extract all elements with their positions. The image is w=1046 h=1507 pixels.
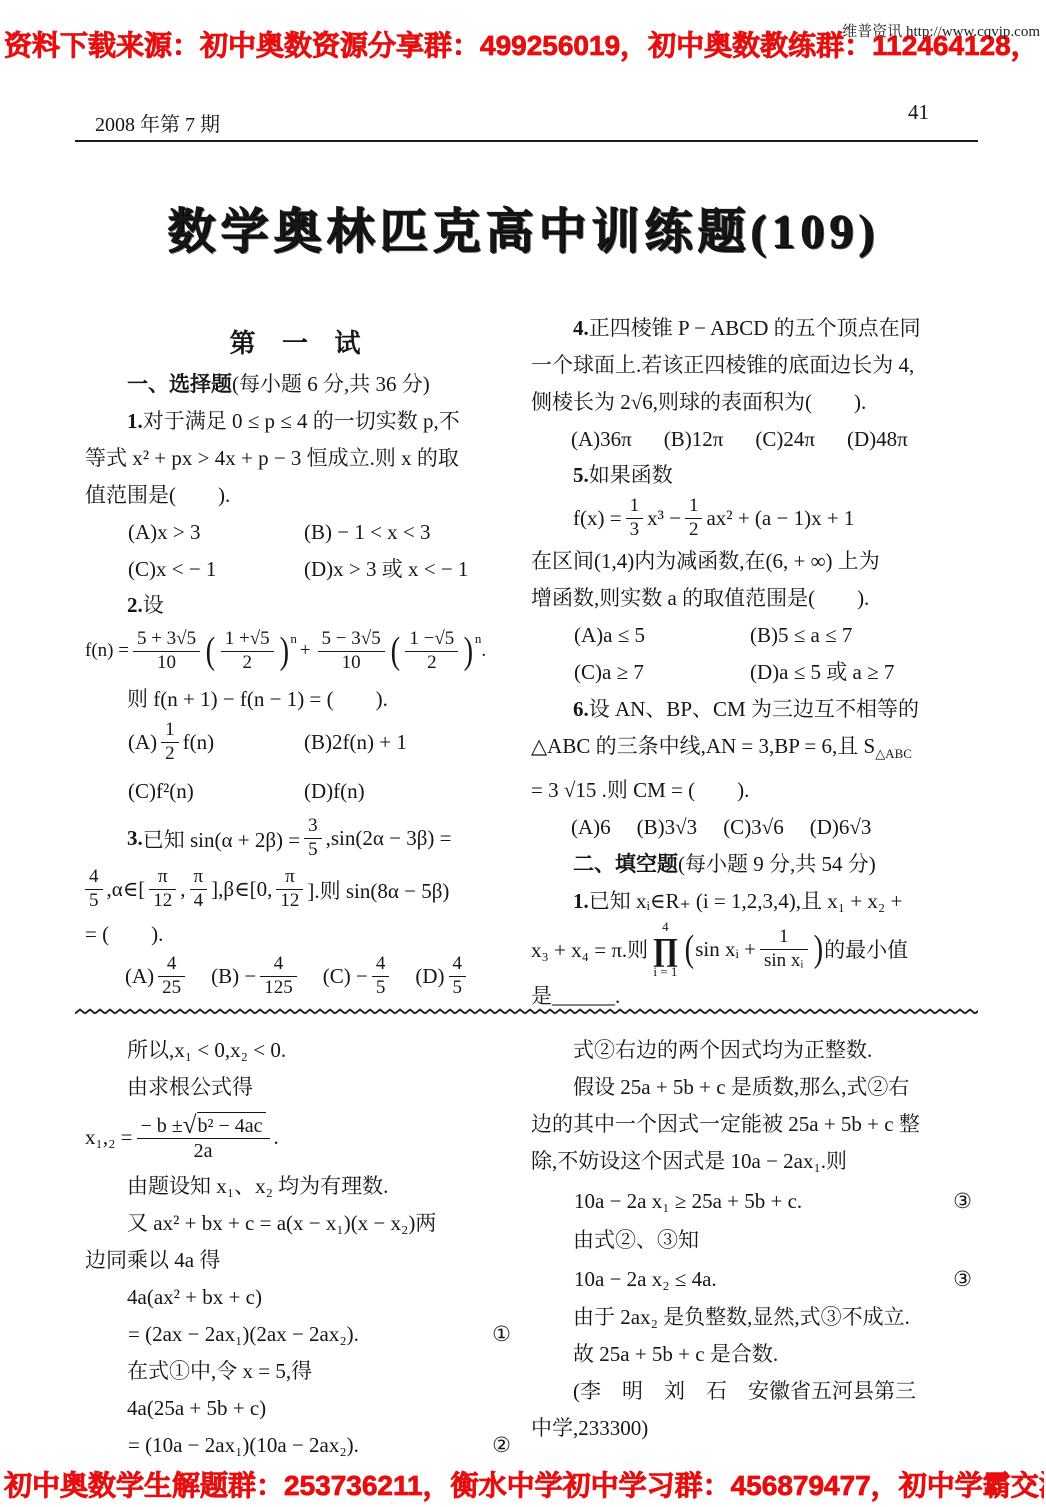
right-paren: ) (813, 930, 822, 968)
fraction-numerator: π (190, 866, 208, 889)
fraction-numerator: − b ± √b² − 4ac (137, 1112, 270, 1138)
fraction-numerator: 1 −√5 (405, 628, 458, 651)
fraction-numerator: 4 (85, 866, 103, 889)
solution-column-right: 式②右边的两个因式均为正整数. 假设 25a + 5b + c 是质数,那么,式… (531, 1032, 976, 1447)
problem6-option-c: (C)3√6 (723, 809, 784, 846)
fraction-denominator: 3 (626, 518, 644, 542)
fraction-denominator: 2 (685, 518, 703, 542)
fraction-numerator: 4 (260, 953, 297, 976)
problem2-lead: 2.设 (85, 588, 515, 622)
equation-mark-1: ① (492, 1316, 511, 1353)
fraction-denominator: 12 (276, 889, 303, 913)
problem4-option-c: (C)24π (755, 421, 815, 458)
left-paren: ( (390, 632, 399, 670)
qq-group-banner-bottom: 初中奥数学生解题群：253736211，衡水中学初中学习群：456879477，… (4, 1464, 1044, 1504)
solution-line-positive-integers: 式②右边的两个因式均为正整数. (531, 1032, 976, 1069)
fn-fraction-1: 5 + 3√510 (133, 628, 200, 675)
problem2-option-b: (B)2f(n) + 1 (304, 730, 407, 755)
fill1-text2a: x₃ + x₄ = π.则 (531, 934, 648, 964)
solution-eq2-lhs: 4a(25a + 5b + c) (85, 1390, 515, 1427)
fill1-line1: 1.已知 xᵢ∈R₊ (i = 1,2,3,4),且 x₁ + x₂ + (531, 883, 976, 920)
section-heading-test-one: 第 一 试 (85, 322, 515, 366)
problem6-text1: 设 AN、BP、CM 为三边互不相等的 (589, 697, 919, 721)
fill1-text2b: 的最小值 (824, 934, 908, 964)
solution-line-quadratic-formula-intro: 由求根公式得 (85, 1069, 515, 1106)
s-triangle-abc-subscript: △ABC (875, 746, 912, 761)
problem1-option-c: (C)x < − 1 (128, 551, 304, 588)
fraction-numerator: 1 (161, 719, 179, 742)
fraction-numerator: π (276, 866, 303, 889)
problem6-option-b: (B)3√3 (637, 809, 698, 846)
problem3-fraction-pi-12b: π12 (276, 866, 303, 913)
solution-line-composite: 故 25a + 5b + c 是合数. (531, 1336, 976, 1373)
problem5-option-b: (B)5 ≤ a ≤ 7 (750, 617, 852, 654)
problem1-text1: 对于满足 0 ≤ p ≤ 4 的一切实数 p,不 (143, 409, 460, 433)
problem3-option-d: (D)45 (415, 953, 470, 1000)
fill1-text1: 已知 xᵢ∈R₊ (i = 1,2,3,4),且 x₁ + x₂ + (589, 889, 903, 913)
solution-eq3: 10a − 2a x₁ ≥ 25a + 5b + c.③ (531, 1180, 976, 1222)
fraction-denominator: 25 (158, 976, 185, 1000)
problem3-number: 3. (127, 826, 143, 851)
problem4-text1: 正四棱锥 P − ABCD 的五个顶点在同 (589, 316, 921, 340)
product-symbol: 4∏i = 1 (652, 920, 678, 978)
quadratic-fraction: − b ± √b² − 4ac 2a (137, 1112, 270, 1163)
fx-mid1: x³ − (647, 506, 681, 531)
problem6-line3: = 3 √15 .则 CM = ( ). (531, 772, 976, 809)
numerator-prefix: − b ± (141, 1114, 183, 1138)
problem4-options: (A)36π(B)12π(C)24π(D)48π (531, 421, 976, 458)
problem6-text2: △ABC 的三条中线,AN = 3,BP = 6,且 S (531, 734, 875, 758)
radical-sign: √ (183, 1113, 197, 1138)
problem4-number: 4. (573, 316, 589, 340)
column-right: 4.正四棱锥 P − ABCD 的五个顶点在同 一个球面上.若该正四棱锥的底面边… (531, 310, 976, 1015)
page-number: 41 (908, 100, 929, 125)
option-a-fraction: 12 (161, 719, 179, 766)
choice-section-intro: 一、选择题(每小题 6 分,共 36 分) (85, 366, 515, 403)
radical: √b² − 4ac (183, 1112, 266, 1138)
problem2-option-c: (C)f²(n) (128, 768, 304, 814)
problem1-option-d: (D)x > 3 或 x < − 1 (304, 551, 468, 588)
solution-eq1-lhs: 4a(ax² + bx + c) (85, 1279, 515, 1316)
fraction-numerator: 1 (760, 926, 808, 949)
fx-fraction-1-2: 12 (685, 495, 703, 542)
period: . (481, 640, 486, 662)
problem5-options-cd: (C)a ≥ 7(D)a ≤ 5 或 a ≥ 7 (531, 654, 976, 691)
fraction-denominator: 10 (318, 651, 385, 675)
solution-eq1-rhs: = (2ax − 2ax₁)(2ax − 2ax₂). (128, 1316, 359, 1353)
problem4-option-b: (B)12π (664, 421, 724, 458)
problem5-option-d: (D)a ≤ 5 或 a ≥ 7 (750, 654, 894, 691)
fraction-numerator: 4 (372, 953, 390, 976)
problem5-line3: 在区间(1,4)内为减函数,在(6, + ∞) 上为 (531, 543, 976, 580)
problem3-option-b: (B) −4125 (211, 953, 301, 1000)
fraction-denominator: 2 (405, 651, 458, 675)
solution-line-from-eq23: 由式②、③知 (531, 1222, 976, 1259)
option-a-tail: f(n) (183, 730, 214, 755)
fraction-denominator: 12 (149, 889, 176, 913)
problem2-formula-fn: f(n) = 5 + 3√510 ( 1 +√52 ) n + 5 − 3√51… (85, 628, 515, 675)
choice-section-points: (每小题 6 分,共 36 分) (232, 372, 430, 396)
problem3-text1b: ,sin(2α − 3β) = (326, 826, 452, 851)
problem4-line3: 侧棱长为 2√6,则球的表面积为( ). (531, 384, 976, 421)
fx-lhs: f(x) = (573, 506, 622, 531)
column-left: 第 一 试 一、选择题(每小题 6 分,共 36 分) 1.对于满足 0 ≤ p… (85, 322, 515, 1002)
problem6-number: 6. (573, 697, 589, 721)
cqvip-watermark: 维普资讯 http://www.cqvip.com (842, 20, 1040, 41)
solution-column-left: 所以,x₁ < 0,x₂ < 0. 由求根公式得 x₁,₂ = − b ± √b… (85, 1032, 515, 1464)
fraction-numerator: 1 (626, 495, 644, 518)
problem2-options-ab: (A)12f(n) (B)2f(n) + 1 (85, 718, 515, 768)
problem3-text1a: 已知 sin(α + 2β) = (143, 824, 300, 854)
fraction-denominator: 4 (190, 889, 208, 913)
left-paren: ( (206, 632, 215, 670)
problem3-line2: 45 ,α∈[ π12 , π4 ],β∈[0, π12 ].则 sin(8α … (85, 864, 515, 916)
author-line2: 中学,233300) (531, 1410, 976, 1447)
x12-lhs: x₁,₂ = (85, 1125, 133, 1150)
solution-line-contradiction: 由于 2ax₂ 是负整数,显然,式③不成立. (531, 1299, 976, 1336)
problem2-option-d: (D)f(n) (304, 768, 365, 814)
fn-lhs: f(n) = (85, 640, 129, 662)
equation-mark-2: ② (492, 1427, 511, 1464)
problem5-option-c: (C)a ≥ 7 (574, 654, 750, 691)
problem4-line1: 4.正四棱锥 P − ABCD 的五个顶点在同 (531, 310, 976, 347)
option-b-fraction: 4125 (260, 953, 297, 1000)
problem3-line3: = ( ). (85, 916, 515, 952)
fill-section-points: (每小题 9 分,共 54 分) (678, 852, 876, 876)
problem3-fraction-pi-4: π4 (190, 866, 208, 913)
solution-line-wlog: 除,不妨设这个因式是 10a − 2ax₁.则 (531, 1143, 976, 1180)
right-paren: ) (464, 632, 473, 670)
wavy-divider (75, 1003, 978, 1012)
fill1-sin-term: sin xᵢ + (695, 937, 756, 962)
solution-eq2: = (10a − 2ax₁)(10a − 2ax₂).② (85, 1427, 515, 1464)
fraction-denominator: 2 (161, 742, 179, 766)
plus-sign: + (300, 640, 311, 662)
fill1-fraction: 1sin xᵢ (760, 926, 808, 973)
problem1-line1: 1.对于满足 0 ≤ p ≤ 4 的一切实数 p,不 (85, 403, 515, 440)
author-line1: (李 明 刘 石 安徽省五河县第三 (531, 1373, 976, 1410)
fraction-numerator: 4 (449, 953, 467, 976)
problem5-options-ab: (A)a ≤ 5(B)5 ≤ a ≤ 7 (531, 617, 976, 654)
problem6-options: (A)6(B)3√3(C)3√6(D)6√3 (531, 809, 976, 846)
option-a-label: (A) (125, 964, 154, 989)
fn-fraction-4: 1 −√52 (405, 628, 458, 675)
solution-line-roots-negative: 所以,x₁ < 0,x₂ < 0. (85, 1032, 515, 1069)
fraction-denominator: 2 (221, 651, 274, 675)
problem2-question: 则 f(n + 1) − f(n − 1) = ( ). (85, 681, 515, 718)
option-c-label: (C) − (323, 964, 368, 989)
problem6-line2: △ABC 的三条中线,AN = 3,BP = 6,且 S△ABC (531, 728, 976, 772)
problem3-line1: 3. 已知 sin(α + 2β) = 35 ,sin(2α − 3β) = (85, 814, 515, 864)
problem1-number: 1. (127, 409, 143, 433)
option-b-label: (B) − (211, 964, 256, 989)
problem4-option-d: (D)48π (847, 421, 908, 458)
problem1-line3: 值范围是( ). (85, 477, 515, 514)
solution-eq3b-body: 10a − 2a x₂ ≤ 4a. (574, 1259, 717, 1299)
period: . (274, 1125, 279, 1150)
problem4-line2: 一个球面上.若该正四棱锥的底面边长为 4, (531, 347, 976, 384)
fill1-number: 1. (573, 889, 589, 913)
problem3-options: (A)425 (B) −4125 (C) −45 (D)45 (85, 952, 515, 1002)
problem3-option-a: (A)425 (125, 953, 189, 1000)
product-operator: ∏ (652, 933, 678, 965)
problem2-number: 2. (127, 593, 143, 617)
solution-eq1: = (2ax − 2ax₁)(2ax − 2ax₂).① (85, 1316, 515, 1353)
fraction-denominator: 5 (85, 889, 103, 913)
fraction-denominator: 125 (260, 976, 297, 1000)
solution-eq3-body: 10a − 2a x₁ ≥ 25a + 5b + c. (574, 1180, 802, 1222)
problem2-options-cd: (C)f²(n)(D)f(n) (85, 768, 515, 814)
problem1-options-cd: (C)x < − 1(D)x > 3 或 x < − 1 (85, 551, 515, 588)
fn-fraction-3: 5 − 3√510 (318, 628, 385, 675)
journal-issue: 2008 年第 7 期 (95, 108, 220, 137)
solution-line-substitute-x5: 在式①中,令 x = 5,得 (85, 1353, 515, 1390)
equation-mark-3: ③ (953, 1180, 972, 1222)
problem2-option-a: (A)12f(n) (128, 719, 304, 766)
right-paren: ) (279, 632, 288, 670)
problem5-number: 5. (573, 463, 589, 487)
problem5-lead: 5.如果函数 (531, 458, 976, 493)
fill-section-intro: 二、填空题(每小题 9 分,共 54 分) (531, 846, 976, 883)
article-title: 数学奥林匹克高中训练题(109) (0, 192, 1046, 261)
solution-line-multiply-4a: 边同乘以 4a 得 (85, 1242, 515, 1279)
fraction-denominator: sin xᵢ (760, 949, 808, 973)
fn-fraction-2: 1 +√52 (221, 628, 274, 675)
fraction-numerator: 1 (685, 495, 703, 518)
fx-fraction-1-3: 13 (626, 495, 644, 542)
solution-quadratic-formula: x₁,₂ = − b ± √b² − 4ac 2a . (85, 1106, 515, 1168)
choice-section-label: 一、选择题 (127, 372, 232, 396)
problem5-option-a: (A)a ≤ 5 (574, 617, 750, 654)
problem6-option-d: (D)6√3 (810, 809, 872, 846)
option-a-label: (A) (128, 730, 157, 755)
problem1-option-a: (A)x > 3 (128, 514, 304, 551)
problem5-formula-fx: f(x) = 13 x³ − 12 ax² + (a − 1)x + 1 (531, 493, 976, 543)
left-paren: ( (684, 930, 693, 968)
problem3-text2c: ],β∈[0, (211, 877, 272, 902)
fill-section-label: 二、填空题 (573, 852, 678, 876)
fraction-denominator: 5 (372, 976, 390, 1000)
problem1-options-ab: (A)x > 3(B) − 1 < x < 3 (85, 514, 515, 551)
fraction-denominator: 5 (304, 838, 322, 862)
problem3-fraction-pi-12: π12 (149, 866, 176, 913)
fill1-line2: x₃ + x₄ = π.则 4∏i = 1 ( sin xᵢ + 1sin xᵢ… (531, 920, 976, 978)
fx-mid2: ax² + (a − 1)x + 1 (706, 506, 854, 531)
option-d-label: (D) (415, 964, 444, 989)
fraction-denominator: 5 (449, 976, 467, 1000)
fraction-numerator: π (149, 866, 176, 889)
equation-mark-3b: ③ (953, 1259, 972, 1299)
solution-line-factorization: 又 ax² + bx + c = a(x − x₁)(x − x₂)两 (85, 1205, 515, 1242)
problem5-line4: 增函数,则实数 a 的取值范围是( ). (531, 580, 976, 617)
fraction-denominator: 2a (137, 1138, 270, 1163)
problem3-text2a: ,α∈[ (107, 877, 146, 902)
radicand: b² − 4ac (197, 1112, 266, 1138)
problem5-lead-text: 如果函数 (589, 463, 673, 487)
product-lower-limit: i = 1 (653, 965, 677, 978)
problem3-fraction-3-5: 35 (304, 815, 322, 862)
problem2-lead-text: 设 (143, 593, 164, 617)
fraction-numerator: 5 − 3√5 (318, 628, 385, 651)
solution-eq2-rhs: = (10a − 2ax₁)(10a − 2ax₂). (128, 1427, 359, 1464)
problem6-option-a: (A)6 (571, 809, 611, 846)
solution-line-divisible: 边的其中一个因式一定能被 25a + 5b + c 整 (531, 1106, 976, 1143)
problem3-text2d: ].则 sin(8α − 5β) (307, 875, 449, 905)
problem1-line2: 等式 x² + px > 4x + p − 3 恒成立.则 x 的取 (85, 440, 515, 477)
fraction-denominator: 10 (133, 651, 200, 675)
problem1-option-b: (B) − 1 < x < 3 (304, 514, 431, 551)
option-c-fraction: 45 (372, 953, 390, 1000)
fraction-numerator: 5 + 3√5 (133, 628, 200, 651)
problem3-fraction-4-5: 45 (85, 866, 103, 913)
problem3-option-c: (C) −45 (323, 953, 394, 1000)
fraction-numerator: 1 +√5 (221, 628, 274, 651)
fraction-numerator: 4 (158, 953, 185, 976)
option-d-fraction: 45 (449, 953, 467, 1000)
exponent-n: n (290, 631, 297, 647)
problem6-line1: 6.设 AN、BP、CM 为三边互不相等的 (531, 691, 976, 728)
option-a-fraction: 425 (158, 953, 185, 1000)
problem3-text2b: , (180, 877, 185, 902)
problem4-option-a: (A)36π (571, 421, 632, 458)
solution-eq3b: 10a − 2a x₂ ≤ 4a.③ (531, 1259, 976, 1299)
header-rule (75, 140, 978, 142)
fraction-numerator: 3 (304, 815, 322, 838)
solution-line-rational: 由题设知 x₁、x₂ 均为有理数. (85, 1168, 515, 1205)
solution-line-assume-prime: 假设 25a + 5b + c 是质数,那么,式②右 (531, 1069, 976, 1106)
